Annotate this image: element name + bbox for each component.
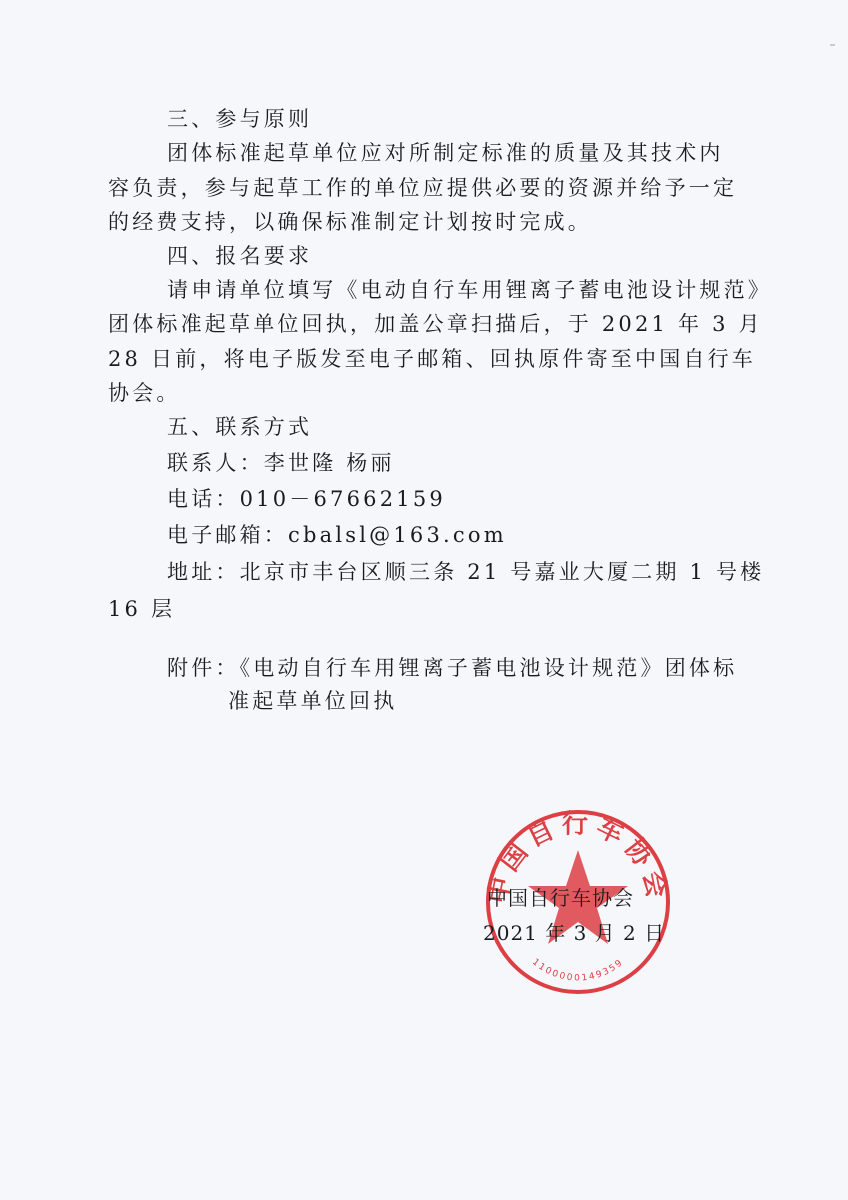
contact-address-line-2: 16 层 (108, 596, 175, 622)
attachment-line-1: 附件：《电动自行车用锂离子蓄电池设计规范》团体标 (167, 655, 737, 681)
section3-heading: 三、参与原则 (167, 106, 312, 132)
document-page: 三、参与原则 团体标准起草单位应对所制定标准的质量及其技术内 容负责，参与起草工… (0, 0, 848, 1200)
signature-date: 2021 年 3 月 2 日 (483, 917, 665, 946)
contact-person: 联系人：李世隆 杨丽 (167, 450, 395, 476)
signature-organization: 中国自行车协会 (487, 882, 634, 911)
contact-phone: 电话：010－67662159 (167, 486, 446, 512)
section4-line-3: 28 日前，将电子版发至电子邮箱、回执原件寄至中国自行车 (108, 346, 756, 372)
section4-heading: 四、报名要求 (167, 243, 312, 269)
contact-address-line-1: 地址：北京市丰台区顺三条 21 号嘉业大厦二期 1 号楼 (167, 559, 764, 585)
section3-line-2: 容负责，参与起草工作的单位应提供必要的资源并给予一定 (108, 175, 737, 201)
section4-line-2: 团体标准起草单位回执，加盖公章扫描后，于 2021 年 3 月 (108, 311, 763, 337)
seal-serial: 1100000149359 (530, 957, 626, 983)
section4-line-1: 请申请单位填写《电动自行车用锂离子蓄电池设计规范》 (167, 277, 772, 303)
section4-line-4: 协会。 (108, 380, 181, 406)
section5-heading: 五、联系方式 (167, 414, 312, 440)
scan-artifact (830, 44, 835, 46)
contact-email: 电子邮箱：cbalsl@163.com (167, 522, 507, 548)
section3-line-1: 团体标准起草单位应对所制定标准的质量及其技术内 (167, 140, 724, 166)
attachment-line-2: 准起草单位回执 (228, 688, 397, 714)
section3-line-3: 的经费支持，以确保标准制定计划按时完成。 (108, 209, 592, 235)
